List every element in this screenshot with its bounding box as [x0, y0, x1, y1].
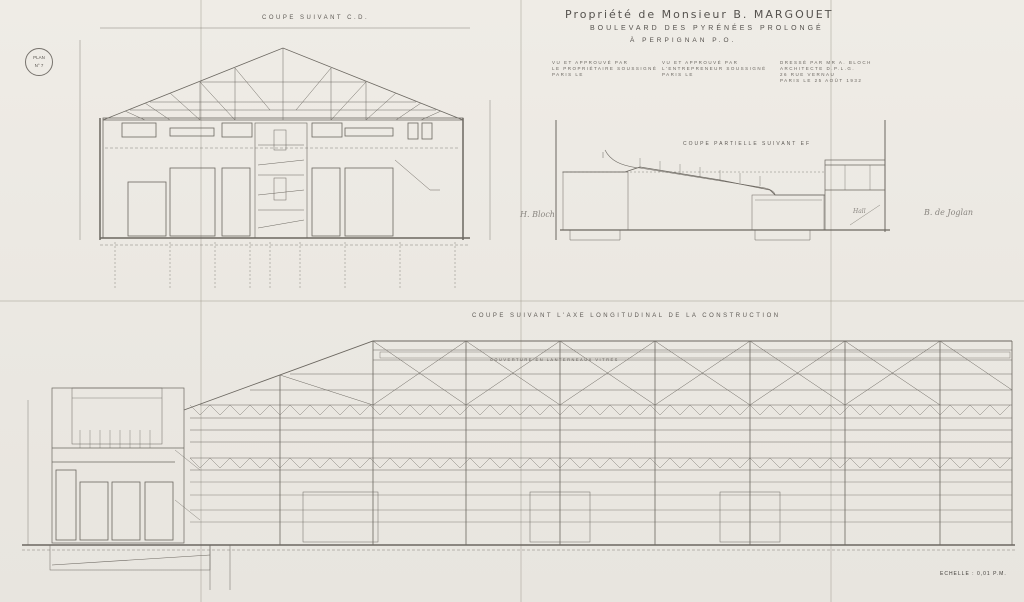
drawing-linework [0, 0, 1024, 602]
section-cd-drawing [80, 28, 490, 290]
section-ef-drawing [556, 120, 890, 240]
section-longitudinal-drawing [22, 341, 1015, 590]
drawing-sheet: Propriété de Monsieur B. MARGOUET Boulev… [0, 0, 1024, 602]
